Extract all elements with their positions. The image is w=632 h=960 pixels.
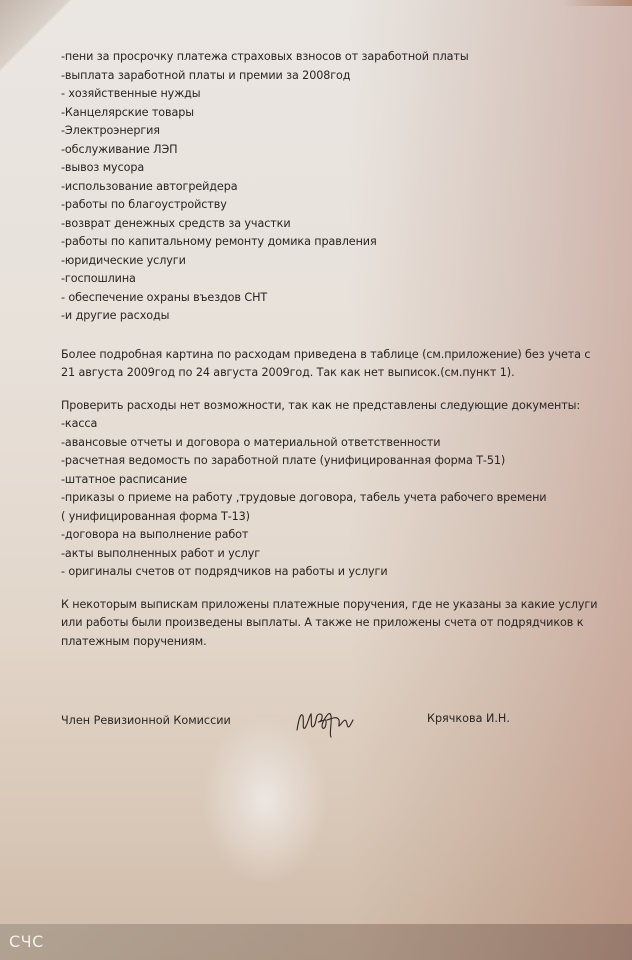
watermark-bar xyxy=(0,924,632,960)
expense-item: -выплата заработной платы и премии за 20… xyxy=(61,67,601,86)
signature-block: Член Ревизионной Комиссии Крячкова И.Н. xyxy=(61,708,581,738)
expense-item: -обслуживание ЛЭП xyxy=(61,141,601,160)
expense-item: -юридические услуги xyxy=(61,252,601,271)
missing-doc-item: -приказы о приеме на работу ,трудовые до… xyxy=(61,489,601,508)
expense-item: -работы по капитальному ремонту домика п… xyxy=(61,233,601,252)
expense-item: -госпошлина xyxy=(61,270,601,289)
missing-doc-item: -штатное расписание xyxy=(61,471,601,490)
details-paragraph: Более подробная картина по расходам прив… xyxy=(61,346,601,383)
expense-item: - обеспечение охраны въездов СНТ xyxy=(61,289,601,308)
missing-doc-item: -касса xyxy=(61,415,601,434)
signer-role: Член Ревизионной Комиссии xyxy=(61,714,231,727)
missing-doc-item: - оригиналы счетов от подрядчиков на раб… xyxy=(61,563,601,582)
payments-paragraph: К некоторым выпискам приложены платежные… xyxy=(61,596,606,652)
expense-item: -вывоз мусора xyxy=(61,159,601,178)
missing-doc-item: ( унифицированная форма Т-13) xyxy=(61,508,601,527)
expense-item: -использование автогрейдера xyxy=(61,178,601,197)
expense-item: -работы по благоустройству xyxy=(61,196,601,215)
missing-doc-item: -авансовые отчеты и договора о материаль… xyxy=(61,434,601,453)
missing-docs-list: -касса -авансовые отчеты и договора о ма… xyxy=(61,415,601,582)
expense-item: -Канцелярские товары xyxy=(61,104,601,123)
expense-item: -возврат денежных средств за участки xyxy=(61,215,601,234)
document-body: -пени за просрочку платежа страховых взн… xyxy=(61,48,601,651)
expense-item: -Электроэнергия xyxy=(61,122,601,141)
document-photo: -пени за просрочку платежа страховых взн… xyxy=(0,0,632,960)
missing-docs-intro: Проверить расходы нет возможности, так к… xyxy=(61,397,601,416)
watermark-label: СЧС xyxy=(9,932,44,951)
expense-item: -пени за просрочку платежа страховых взн… xyxy=(61,48,601,67)
expense-list: -пени за просрочку платежа страховых взн… xyxy=(61,48,601,326)
expense-item: -и другие расходы xyxy=(61,307,601,326)
missing-doc-item: -договора на выполнение работ xyxy=(61,526,601,545)
missing-doc-item: -расчетная ведомость по заработной плате… xyxy=(61,452,601,471)
signer-name: Крячкова И.Н. xyxy=(427,712,510,725)
missing-doc-item: -акты выполненных работ и услуг xyxy=(61,545,601,564)
expense-item: - хозяйственные нужды xyxy=(61,85,601,104)
page-edge-shadow xyxy=(562,0,632,6)
handwritten-signature-icon xyxy=(293,704,363,738)
